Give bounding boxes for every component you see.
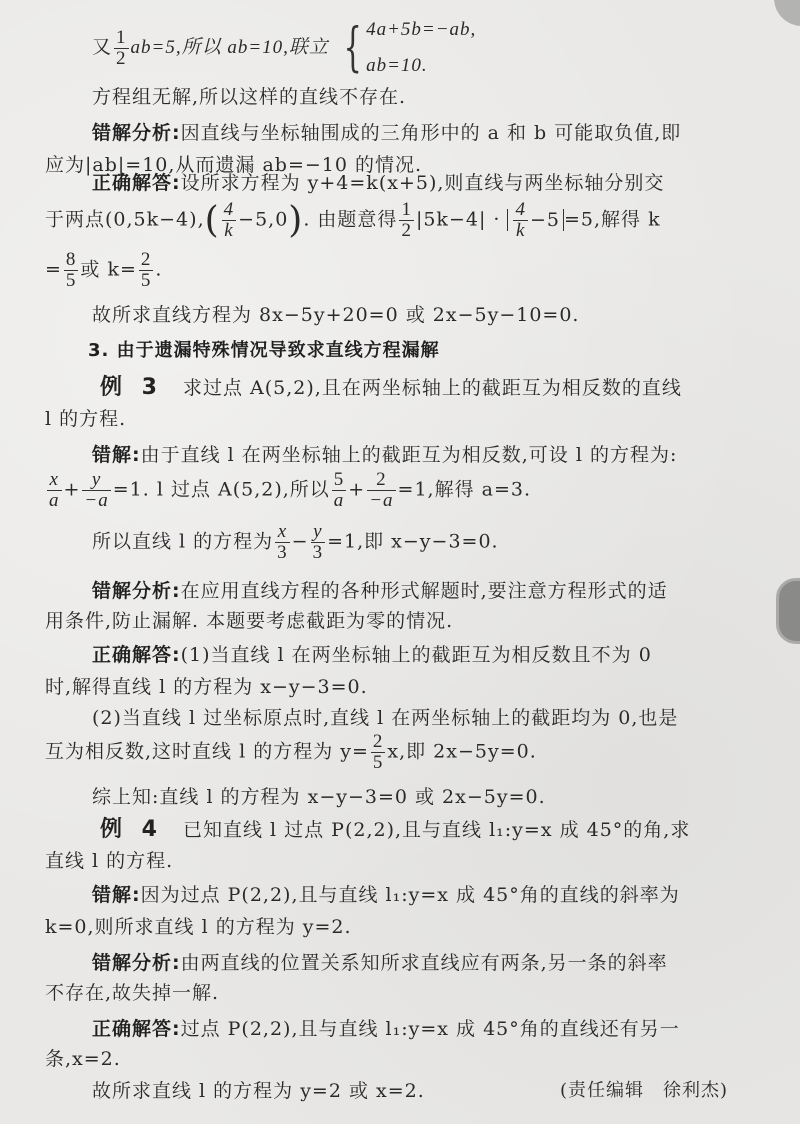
error-analysis: 错解分析:在应用直线方程的各种形式解题时,要注意方程形式的适 bbox=[92, 576, 668, 603]
text: 因直线与坐标轴围成的三角形中的 a 和 b 可能取负值,即 bbox=[181, 122, 682, 144]
denominator: −a bbox=[82, 491, 110, 511]
text: =1. l 过点 A(5,2),所以 bbox=[113, 478, 330, 500]
text: 求过点 A(5,2),且在两坐标轴上的截距互为相反数的直线 bbox=[183, 377, 682, 399]
fraction: 25 bbox=[139, 250, 154, 291]
example-label: 例 4 bbox=[100, 817, 163, 842]
text: 由两直线的位置关系知所求直线应有两条,另一条的斜率 bbox=[181, 952, 668, 974]
text: ab=5,所以 ab=10,联立 bbox=[131, 37, 329, 58]
paragraph: 直线 l 的方程. bbox=[45, 846, 173, 873]
fraction: 4k bbox=[222, 200, 237, 241]
conclusion: 故所求直线方程为 8x−5y+20=0 或 2x−5y−10=0. bbox=[92, 300, 579, 327]
numerator: y bbox=[82, 470, 110, 491]
wrong-solution: 错解:由于直线 l 在两坐标轴上的截距互为相反数,可设 l 的方程为: bbox=[92, 440, 677, 467]
paren: ) bbox=[288, 200, 303, 241]
text: (1)当直线 l 在两坐标轴上的截距互为相反数且不为 0 bbox=[181, 644, 652, 666]
text: = bbox=[45, 258, 62, 280]
denominator: 2 bbox=[399, 221, 414, 241]
text: 因为过点 P(2,2),且与直线 l₁:y=x 成 45°角的直线的斜率为 bbox=[141, 884, 680, 906]
absolute-value: 4k−5 bbox=[507, 209, 564, 231]
text: 已知直线 l 过点 P(2,2),且与直线 l₁:y=x 成 45°的角,求 bbox=[183, 819, 690, 841]
paragraph: (2)当直线 l 过坐标原点时,直线 l 在两坐标轴上的截距均为 0,也是 bbox=[92, 703, 678, 730]
denominator: 3 bbox=[275, 543, 290, 563]
label: 错解分析: bbox=[92, 952, 181, 974]
numerator: x bbox=[47, 470, 62, 491]
text: x,即 2x−5y=0. bbox=[387, 740, 536, 762]
error-analysis: 错解分析:由两直线的位置关系知所求直线应有两条,另一条的斜率 bbox=[92, 948, 668, 975]
correct-answer: 正确解答:(1)当直线 l 在两坐标轴上的截距互为相反数且不为 0 bbox=[92, 640, 652, 667]
text: 或 k= bbox=[80, 258, 136, 280]
paragraph: =85或 k=25. bbox=[45, 250, 162, 291]
text: 在应用直线方程的各种形式解题时,要注意方程形式的适 bbox=[181, 580, 668, 602]
text: =1,即 x−y−3=0. bbox=[327, 530, 499, 552]
paragraph: 不存在,故失掉一解. bbox=[45, 978, 219, 1005]
text: |5k−4| · bbox=[416, 209, 501, 231]
paragraph: 互为相反数,这时直线 l 的方程为 y=25x,即 2x−5y=0. bbox=[45, 732, 537, 773]
text: 由于直线 l 在两坐标轴上的截距互为相反数,可设 l 的方程为: bbox=[141, 444, 678, 466]
denominator: 5 bbox=[371, 753, 386, 773]
fraction: 12 bbox=[114, 28, 129, 69]
label: 正确解答: bbox=[92, 644, 181, 666]
numerator: 8 bbox=[64, 250, 79, 271]
numerator: 2 bbox=[371, 732, 386, 753]
brace-icon: { bbox=[344, 22, 363, 74]
error-analysis: 错解分析:因直线与坐标轴围成的三角形中的 a 和 b 可能取负值,即 bbox=[92, 118, 681, 145]
numerator: 2 bbox=[139, 250, 154, 271]
text: 互为相反数,这时直线 l 的方程为 y= bbox=[45, 740, 369, 762]
numerator: 1 bbox=[114, 28, 129, 49]
correct-answer: 正确解答:设所求方程为 y+4=k(x+5),则直线与两坐标轴分别交 bbox=[92, 168, 664, 195]
section-heading: 3. 由于遗漏特殊情况导致求直线方程漏解 bbox=[88, 336, 440, 362]
text: 所以直线 l 的方程为 bbox=[92, 530, 273, 552]
numerator: y bbox=[311, 522, 326, 543]
denominator: a bbox=[47, 491, 62, 511]
conclusion: 故所求直线 l 的方程为 y=2 或 x=2. bbox=[92, 1076, 425, 1103]
label: 错解: bbox=[92, 884, 141, 906]
numerator: 4 bbox=[513, 200, 528, 221]
numerator: 5 bbox=[332, 470, 347, 491]
summary: 综上知:直线 l 的方程为 x−y−3=0 或 2x−5y=0. bbox=[92, 782, 546, 809]
fraction: 12 bbox=[399, 200, 414, 241]
denominator: k bbox=[513, 221, 528, 241]
paragraph: 方程组无解,所以这样的直线不存在. bbox=[92, 82, 406, 109]
denominator: 2 bbox=[114, 49, 129, 69]
intro-system-line: 又12ab=5,所以 ab=10,联立 {4a+5b=−ab,ab=10. bbox=[92, 12, 476, 84]
denominator: 5 bbox=[64, 271, 79, 291]
page-edge-tab bbox=[776, 578, 800, 644]
numerator: 1 bbox=[399, 200, 414, 221]
equation: ab=10. bbox=[366, 48, 476, 84]
page-corner-shadow bbox=[774, 0, 800, 26]
fraction: 5a bbox=[332, 470, 347, 511]
numerator: 4 bbox=[222, 200, 237, 221]
paragraph: 于两点(0,5k−4),(4k−5,0). 由题意得12|5k−4| · 4k−… bbox=[45, 200, 661, 241]
fraction: 2−a bbox=[367, 470, 395, 511]
text: + bbox=[64, 478, 81, 500]
fraction: y−a bbox=[82, 470, 110, 511]
denominator: k bbox=[222, 221, 237, 241]
text: =5,解得 k bbox=[564, 209, 661, 231]
example-3-question: 例 3 求过点 A(5,2),且在两坐标轴上的截距互为相反数的直线 bbox=[100, 370, 682, 401]
fraction: 25 bbox=[371, 732, 386, 773]
equation: 4a+5b=−ab, bbox=[366, 12, 476, 48]
text: −5 bbox=[530, 209, 560, 231]
denominator: −a bbox=[367, 491, 395, 511]
text: 于两点(0,5k−4), bbox=[45, 209, 205, 231]
paren: ( bbox=[205, 200, 220, 241]
example-4-question: 例 4 已知直线 l 过点 P(2,2),且与直线 l₁:y=x 成 45°的角… bbox=[100, 812, 690, 843]
paragraph: 用条件,防止漏解. 本题要考虑截距为零的情况. bbox=[45, 606, 453, 633]
paragraph: xa+y−a=1. l 过点 A(5,2),所以5a+2−a=1,解得 a=3. bbox=[45, 470, 531, 511]
text: + bbox=[348, 478, 365, 500]
editor-credit: (责任编辑 徐利杰) bbox=[560, 1076, 728, 1102]
paragraph: l 的方程. bbox=[45, 404, 126, 431]
text: − bbox=[292, 530, 309, 552]
label: 正确解答: bbox=[92, 1018, 181, 1040]
text: 设所求方程为 y+4=k(x+5),则直线与两坐标轴分别交 bbox=[181, 172, 665, 194]
text: 又 bbox=[92, 36, 112, 58]
text: . bbox=[155, 258, 162, 280]
fraction: 85 bbox=[64, 250, 79, 291]
label: 错解分析: bbox=[92, 122, 181, 144]
text: −5,0 bbox=[238, 209, 288, 231]
text: 过点 P(2,2),且与直线 l₁:y=x 成 45°角的直线还有另一 bbox=[181, 1018, 680, 1040]
fraction: 4k bbox=[513, 200, 528, 241]
text: =1,解得 a=3. bbox=[398, 478, 531, 500]
wrong-solution: 错解:因为过点 P(2,2),且与直线 l₁:y=x 成 45°角的直线的斜率为 bbox=[92, 880, 680, 907]
label: 错解: bbox=[92, 444, 141, 466]
text: . 由题意得 bbox=[303, 209, 397, 231]
denominator: 5 bbox=[139, 271, 154, 291]
correct-answer: 正确解答:过点 P(2,2),且与直线 l₁:y=x 成 45°角的直线还有另一 bbox=[92, 1014, 680, 1041]
label: 正确解答: bbox=[92, 172, 181, 194]
paragraph: 所以直线 l 的方程为x3−y3=1,即 x−y−3=0. bbox=[92, 522, 499, 563]
equation-system: 4a+5b=−ab,ab=10. bbox=[366, 12, 476, 84]
label: 错解分析: bbox=[92, 580, 181, 602]
denominator: a bbox=[332, 491, 347, 511]
paragraph: 条,x=2. bbox=[45, 1044, 121, 1071]
paragraph: k=0,则所求直线 l 的方程为 y=2. bbox=[45, 912, 352, 939]
fraction: xa bbox=[47, 470, 62, 511]
fraction: y3 bbox=[311, 522, 326, 563]
denominator: 3 bbox=[311, 543, 326, 563]
numerator: x bbox=[275, 522, 290, 543]
fraction: x3 bbox=[275, 522, 290, 563]
numerator: 2 bbox=[367, 470, 395, 491]
example-label: 例 3 bbox=[100, 375, 163, 400]
paragraph: 时,解得直线 l 的方程为 x−y−3=0. bbox=[45, 672, 368, 699]
